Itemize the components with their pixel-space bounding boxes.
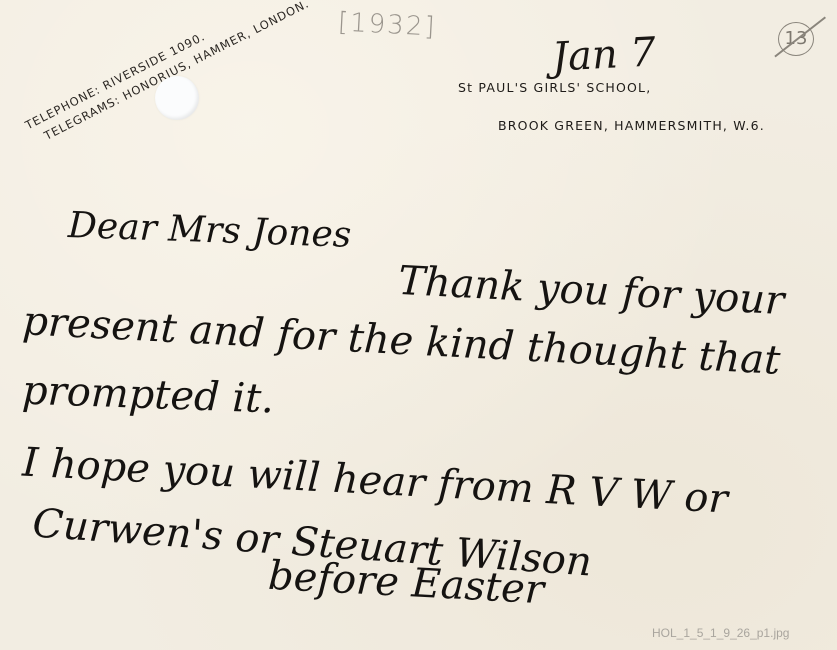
school-name: St PAUL'S GIRLS' SCHOOL, [458, 80, 651, 95]
archive-year-annotation: [1932] [337, 7, 437, 42]
letter-date: Jan 7 [551, 29, 657, 80]
body-line-3: prompted it. [21, 368, 274, 423]
school-address: BROOK GREEN, HAMMERSMITH, W.6. [498, 118, 765, 133]
image-filename-watermark: HOL_1_5_1_9_26_p1.jpg [652, 626, 789, 640]
punch-hole [155, 76, 199, 120]
